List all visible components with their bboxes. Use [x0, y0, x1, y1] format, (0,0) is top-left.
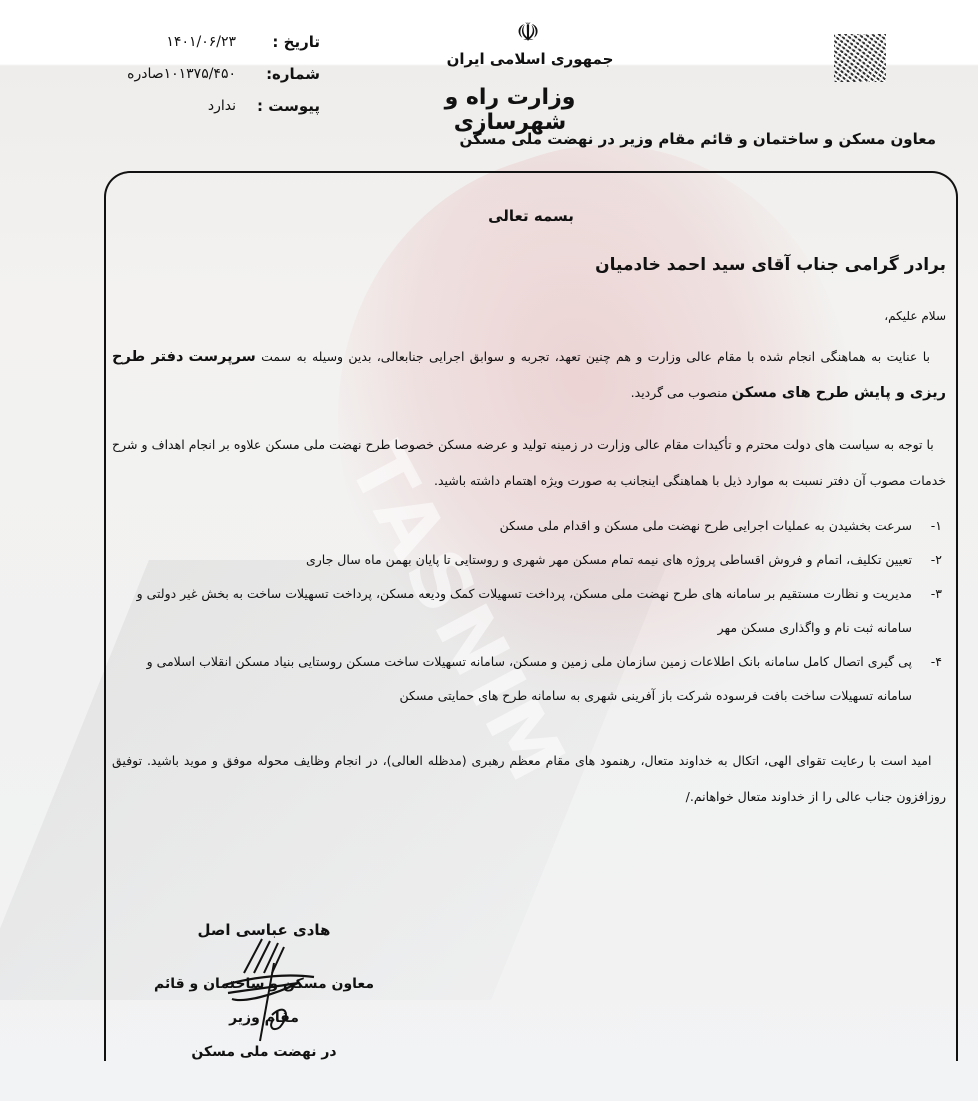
date-value: ۱۴۰۱/۰۶/۲۳	[60, 34, 242, 50]
attachment-value: ندارد	[60, 98, 242, 114]
list-item-number: ۳-	[912, 577, 946, 645]
list-item-number: ۲-	[912, 543, 946, 577]
signatory-role-line1: معاون مسکن و ساختمان و قائم مقام وزیر	[144, 967, 384, 1035]
list-item-number: ۴-	[912, 645, 946, 713]
list-item-text: پی گیری اتصال کامل سامانه بانک اطلاعات ز…	[114, 645, 912, 713]
date-row: تاریخ : ۱۴۰۱/۰۶/۲۳	[60, 26, 320, 58]
task-list: ۱- سرعت بخشیدن به عملیات اجرایی طرح نهضت…	[114, 509, 946, 713]
signatory-role-line2: در نهضت ملی مسکن	[144, 1035, 384, 1069]
list-item-text: تعیین تکلیف، اتمام و فروش اقساطی پروژه ه…	[114, 543, 912, 577]
salutation: برادر گرامی جناب آقای سید احمد خادمیان	[595, 255, 946, 275]
attachment-row: پیوست : ندارد	[60, 90, 320, 122]
number-row: شماره: ۱۰۱۳۷۵/۴۵۰صادره	[60, 58, 320, 90]
iran-emblem-icon: ☫	[508, 18, 548, 48]
signature-block: هادی عباسی اصل معاون مسکن و ساختمان و قا…	[144, 921, 384, 1069]
number-value: ۱۰۱۳۷۵/۴۵۰صادره	[60, 66, 242, 82]
paragraph-closing: امید است با رعایت تقوای الهی، اتکال به خ…	[112, 743, 946, 815]
deputy-title: معاون مسکن و ساختمان و قائم مقام وزیر در…	[376, 130, 936, 148]
paragraph-appointment: با عنایت به هماهنگی انجام شده با مقام عا…	[112, 339, 946, 411]
qr-code	[834, 34, 886, 82]
bismillah-heading: بسمه تعالی	[104, 207, 958, 225]
number-label: شماره:	[242, 65, 320, 83]
date-label: تاریخ :	[242, 33, 320, 51]
paragraph-appointment-text: با عنایت به هماهنگی انجام شده با مقام عا…	[261, 349, 930, 364]
paragraph-closing-text: امید است با رعایت تقوای الهی، اتکال به خ…	[112, 753, 946, 804]
list-item-text: سرعت بخشیدن به عملیات اجرایی طرح نهضت مل…	[114, 509, 912, 543]
list-item-text: مدیریت و نظارت مستقیم بر سامانه های طرح …	[114, 577, 912, 645]
list-item: ۱- سرعت بخشیدن به عملیات اجرایی طرح نهضت…	[114, 509, 946, 543]
list-item-number: ۱-	[912, 509, 946, 543]
paragraph-policies-text: با توجه به سیاست های دولت محترم و تأکیدا…	[112, 437, 946, 488]
list-item: ۲- تعیین تکلیف، اتمام و فروش اقساطی پروژ…	[114, 543, 946, 577]
list-item: ۳- مدیریت و نظارت مستقیم بر سامانه های ط…	[114, 577, 946, 645]
ministry-name: وزارت راه و شهرسازی	[395, 85, 625, 135]
greeting: سلام علیکم،	[884, 309, 946, 323]
letter-metadata: تاریخ : ۱۴۰۱/۰۶/۲۳ شماره: ۱۰۱۳۷۵/۴۵۰صادر…	[60, 26, 320, 122]
attachment-label: پیوست :	[242, 97, 320, 115]
list-item: ۴- پی گیری اتصال کامل سامانه بانک اطلاعا…	[114, 645, 946, 713]
paragraph-policies: با توجه به سیاست های دولت محترم و تأکیدا…	[112, 427, 946, 499]
country-name: جمهوری اسلامی ایران	[440, 50, 620, 68]
signatory-name: هادی عباسی اصل	[144, 921, 384, 939]
paragraph-appointment-tail: منصوب می گردید.	[631, 385, 728, 400]
